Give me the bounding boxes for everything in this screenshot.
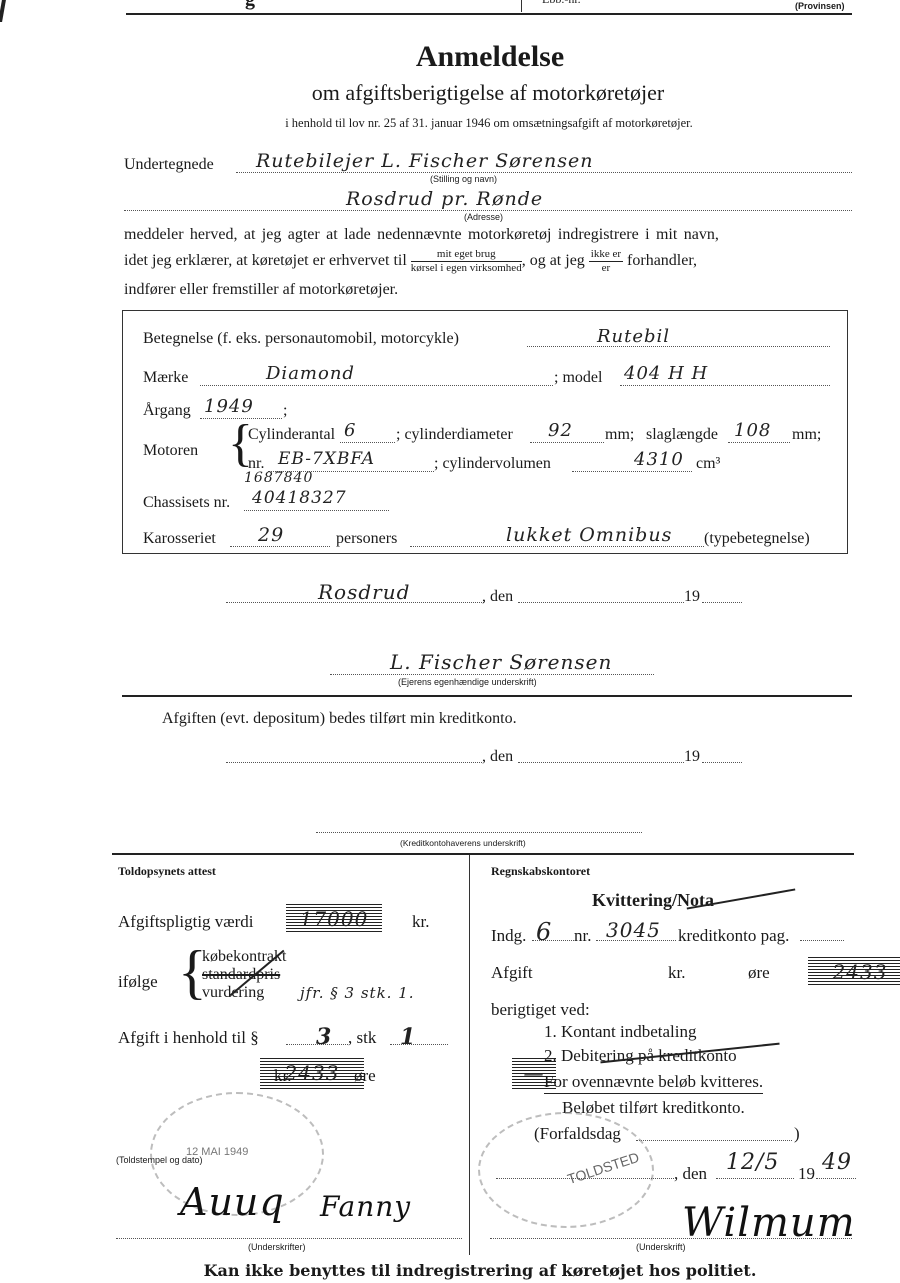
- engine-nr-extra: 1687840: [244, 470, 313, 486]
- basis-option-standard: standardpris: [202, 966, 280, 983]
- accounting-signature: Wilmum: [682, 1200, 856, 1246]
- cylinder-volume-value: 4310: [634, 449, 684, 470]
- indg-label: Indg.: [491, 926, 526, 946]
- taxable-kr-label: kr.: [412, 912, 429, 932]
- owner-place-value: Rosdrud: [318, 580, 410, 604]
- mm-label-2: mm;: [792, 426, 821, 444]
- designation-field[interactable]: Rutebil: [527, 326, 830, 347]
- footer-notice: Kan ikke benyttes til indregistrering af…: [0, 1261, 900, 1280]
- cylinder-diameter-value: 92: [548, 420, 573, 441]
- engine-label: Motoren: [143, 442, 198, 460]
- address-caption: (Adresse): [464, 212, 503, 222]
- credit-year-prefix: 19: [684, 748, 700, 766]
- address-field[interactable]: Rosdrud pr. Rønde: [124, 188, 852, 211]
- section-rule-1: [122, 695, 852, 697]
- model-label: ; model: [554, 369, 602, 387]
- model-field[interactable]: 404 H H: [620, 363, 830, 386]
- taxable-value-label: Afgiftspligtig værdi: [118, 912, 254, 932]
- paragraph-value: 3: [316, 1024, 332, 1050]
- make-field[interactable]: Diamond: [200, 363, 553, 386]
- taxable-value-amount: 17000: [286, 904, 382, 934]
- owner-year-prefix: 19: [684, 588, 700, 606]
- accounting-signature-caption: (Underskrift): [636, 1242, 686, 1252]
- basis-label: ifølge: [118, 972, 158, 992]
- accounting-year-prefix: 19: [798, 1164, 815, 1184]
- page-title: Anmeldelse: [0, 40, 900, 74]
- accounting-signature-field[interactable]: [490, 1228, 852, 1239]
- tax-ore-label: øre: [354, 1066, 376, 1086]
- body-type-field[interactable]: lukket Omnibus: [410, 524, 704, 547]
- cylinder-diameter-field[interactable]: 92: [530, 420, 604, 443]
- name-value: Rutebilejer L. Fischer Sørensen: [256, 150, 593, 172]
- stk-value: 1: [400, 1024, 416, 1050]
- owner-signature-field[interactable]: L. Fischer Sørensen: [330, 650, 654, 675]
- year-suffix: ;: [283, 402, 287, 420]
- due-date-close: ): [794, 1124, 800, 1144]
- law-reference: i henhold til lov nr. 25 af 31. januar 1…: [0, 116, 900, 131]
- section-rule-2: [112, 853, 854, 855]
- indg-field[interactable]: 6: [532, 918, 574, 941]
- chassis-field[interactable]: 40418327: [244, 488, 389, 511]
- cm3-label: cm³: [696, 455, 720, 473]
- engine-nr-field[interactable]: EB-7XBFA: [268, 449, 434, 472]
- paragraph-field[interactable]: 3: [286, 1024, 348, 1045]
- taxable-value-box: 17000: [286, 904, 382, 934]
- customs-heading: Toldopsynets attest: [118, 864, 216, 879]
- stk-field[interactable]: 1: [390, 1024, 448, 1045]
- customs-signature-1: Auuq: [180, 1180, 285, 1224]
- mm-label-1: mm;: [605, 426, 634, 444]
- fee-amount-value: 2433: [808, 957, 900, 987]
- owner-signature-caption: (Ejerens egenhændige underskrift): [398, 677, 537, 687]
- credit-page-field[interactable]: [800, 930, 844, 941]
- dealer-option-is: er: [602, 262, 611, 274]
- body-persons-field[interactable]: 29: [230, 524, 330, 547]
- address-value: Rosdrud pr. Rønde: [346, 188, 543, 210]
- customs-signatures-caption: (Underskrifter): [248, 1242, 306, 1252]
- header-rule: [126, 13, 852, 15]
- basis-note: jfr. § 3 stk. 1.: [300, 984, 415, 1002]
- designation-label: Betegnelse (f. eks. personautomobil, mot…: [143, 330, 459, 348]
- province-label: (Provinsen): [795, 1, 845, 11]
- stk-label: , stk: [348, 1028, 376, 1048]
- credit-year-field[interactable]: [702, 746, 742, 763]
- settled-label: berigtiget ved:: [491, 1000, 590, 1020]
- year-label: Årgang: [143, 402, 191, 420]
- left-edge-mark: [0, 0, 6, 22]
- receipt-text: For ovennævnte beløb kvitteres.: [544, 1072, 763, 1094]
- use-option-own: mit eget brug: [411, 248, 522, 262]
- owner-den-label: , den: [482, 588, 513, 606]
- dealer-option-not: ikke er: [589, 248, 623, 262]
- fee-amount-box: 2433: [808, 957, 900, 987]
- nr-field[interactable]: 3045: [596, 918, 676, 941]
- nr-label: nr.: [574, 926, 591, 946]
- make-value: Diamond: [266, 363, 355, 384]
- chassis-value: 40418327: [252, 488, 347, 508]
- model-value: 404 H H: [624, 363, 708, 384]
- accounting-place-field[interactable]: [496, 1166, 674, 1179]
- body-type-value: lukket Omnibus: [506, 524, 672, 546]
- stroke-value: 108: [734, 420, 771, 441]
- statement-line-1: meddeler herved, at jeg agter at lade ne…: [124, 226, 719, 244]
- credit-signature-caption: (Kreditkontohaverens underskrift): [400, 838, 526, 848]
- cylinder-diameter-label: ; cylinderdiameter: [396, 426, 513, 444]
- credit-date-field[interactable]: [518, 746, 684, 763]
- bottom-divider: [469, 855, 470, 1255]
- accounting-year-value: 49: [822, 1150, 852, 1175]
- page-subtitle: om afgiftsberigtigelse af motorkøretøjer: [0, 80, 900, 106]
- nr-value: 3045: [606, 918, 661, 942]
- cylinder-count-field[interactable]: 6: [340, 420, 395, 443]
- fee-label: Afgift: [491, 963, 533, 983]
- use-choice: mit eget brug kørsel i egen virksomhed: [411, 248, 522, 275]
- credit-request-text: Afgiften (evt. depositum) bedes tilført …: [162, 710, 517, 728]
- statement-2-post: forhandler,: [627, 252, 697, 269]
- header-left-fragment: g: [245, 0, 255, 11]
- engine-nr-value: EB-7XBFA: [278, 449, 375, 469]
- owner-place-field[interactable]: Rosdrud: [226, 580, 484, 603]
- chassis-label: Chassisets nr.: [143, 494, 230, 512]
- body-persons-value: 29: [258, 524, 284, 546]
- stroke-label: slaglængde: [646, 426, 718, 444]
- method-cash: 1. Kontant indbetaling: [544, 1022, 697, 1042]
- statement-2-mid: , og at jeg: [522, 252, 585, 269]
- owner-date-field[interactable]: [518, 584, 684, 603]
- name-caption: (Stilling og navn): [430, 174, 497, 184]
- year-value: 1949: [204, 396, 254, 417]
- statement-line-3: indfører eller fremstiller af motorkøret…: [124, 281, 398, 299]
- type-caption: (typebetegnelse): [704, 530, 810, 548]
- customs-signature-2: Fanny: [320, 1190, 411, 1223]
- designation-value: Rutebil: [597, 326, 670, 347]
- use-option-business: kørsel i egen virksomhed: [411, 262, 522, 274]
- tax-kr-label: kr.: [274, 1066, 291, 1086]
- statement-2-pre: idet jeg erklærer, at køretøjet er erhve…: [124, 252, 407, 269]
- statement-line-2: idet jeg erklærer, at køretøjet er erhve…: [124, 248, 697, 275]
- credit-signature-field[interactable]: [316, 820, 642, 833]
- method-debit: 2. Debitering på kreditkonto: [544, 1046, 737, 1066]
- cylinder-count-value: 6: [344, 420, 356, 441]
- header-divider: [521, 0, 522, 12]
- customs-signatures-field[interactable]: [116, 1228, 462, 1239]
- fee-kr-label: kr.: [668, 963, 685, 983]
- cylinder-volume-label: ; cylindervolumen: [434, 455, 551, 473]
- accounting-date-value: 12/5: [726, 1150, 779, 1175]
- owner-signature-value: L. Fischer Sørensen: [390, 650, 612, 674]
- accounting-date-field[interactable]: 12/5: [716, 1150, 794, 1179]
- stroke-field[interactable]: 108: [728, 420, 790, 443]
- accounting-year-field[interactable]: 49: [816, 1150, 856, 1179]
- customs-stamp-caption: (Toldstempel og dato): [116, 1155, 203, 1165]
- accounting-den-label: , den: [674, 1164, 707, 1184]
- paragraph-label: Afgift i henhold til §: [118, 1028, 259, 1048]
- due-date-field[interactable]: [636, 1126, 792, 1141]
- credit-den-label: , den: [482, 748, 513, 766]
- persons-label: personers: [336, 530, 397, 548]
- cylinder-volume-field[interactable]: 4310: [572, 449, 692, 472]
- make-label: Mærke: [143, 369, 188, 387]
- owner-year-field[interactable]: [702, 584, 742, 603]
- credit-place-field[interactable]: [226, 746, 482, 763]
- indg-value: 6: [536, 918, 552, 946]
- fee-ore-label: øre: [748, 963, 770, 983]
- body-label: Karosseriet: [143, 530, 216, 548]
- cylinder-count-label: Cylinderantal: [248, 426, 335, 444]
- accounting-heading: Regnskabskontoret: [491, 864, 590, 879]
- undertegnede-label: Undertegnede: [124, 156, 214, 174]
- header-lbb-label: Lbb.-nr.: [542, 0, 581, 7]
- dealer-choice: ikke er er: [589, 248, 623, 275]
- name-field[interactable]: Rutebilejer L. Fischer Sørensen: [236, 150, 852, 173]
- credit-page-label: kreditkonto pag.: [678, 926, 789, 946]
